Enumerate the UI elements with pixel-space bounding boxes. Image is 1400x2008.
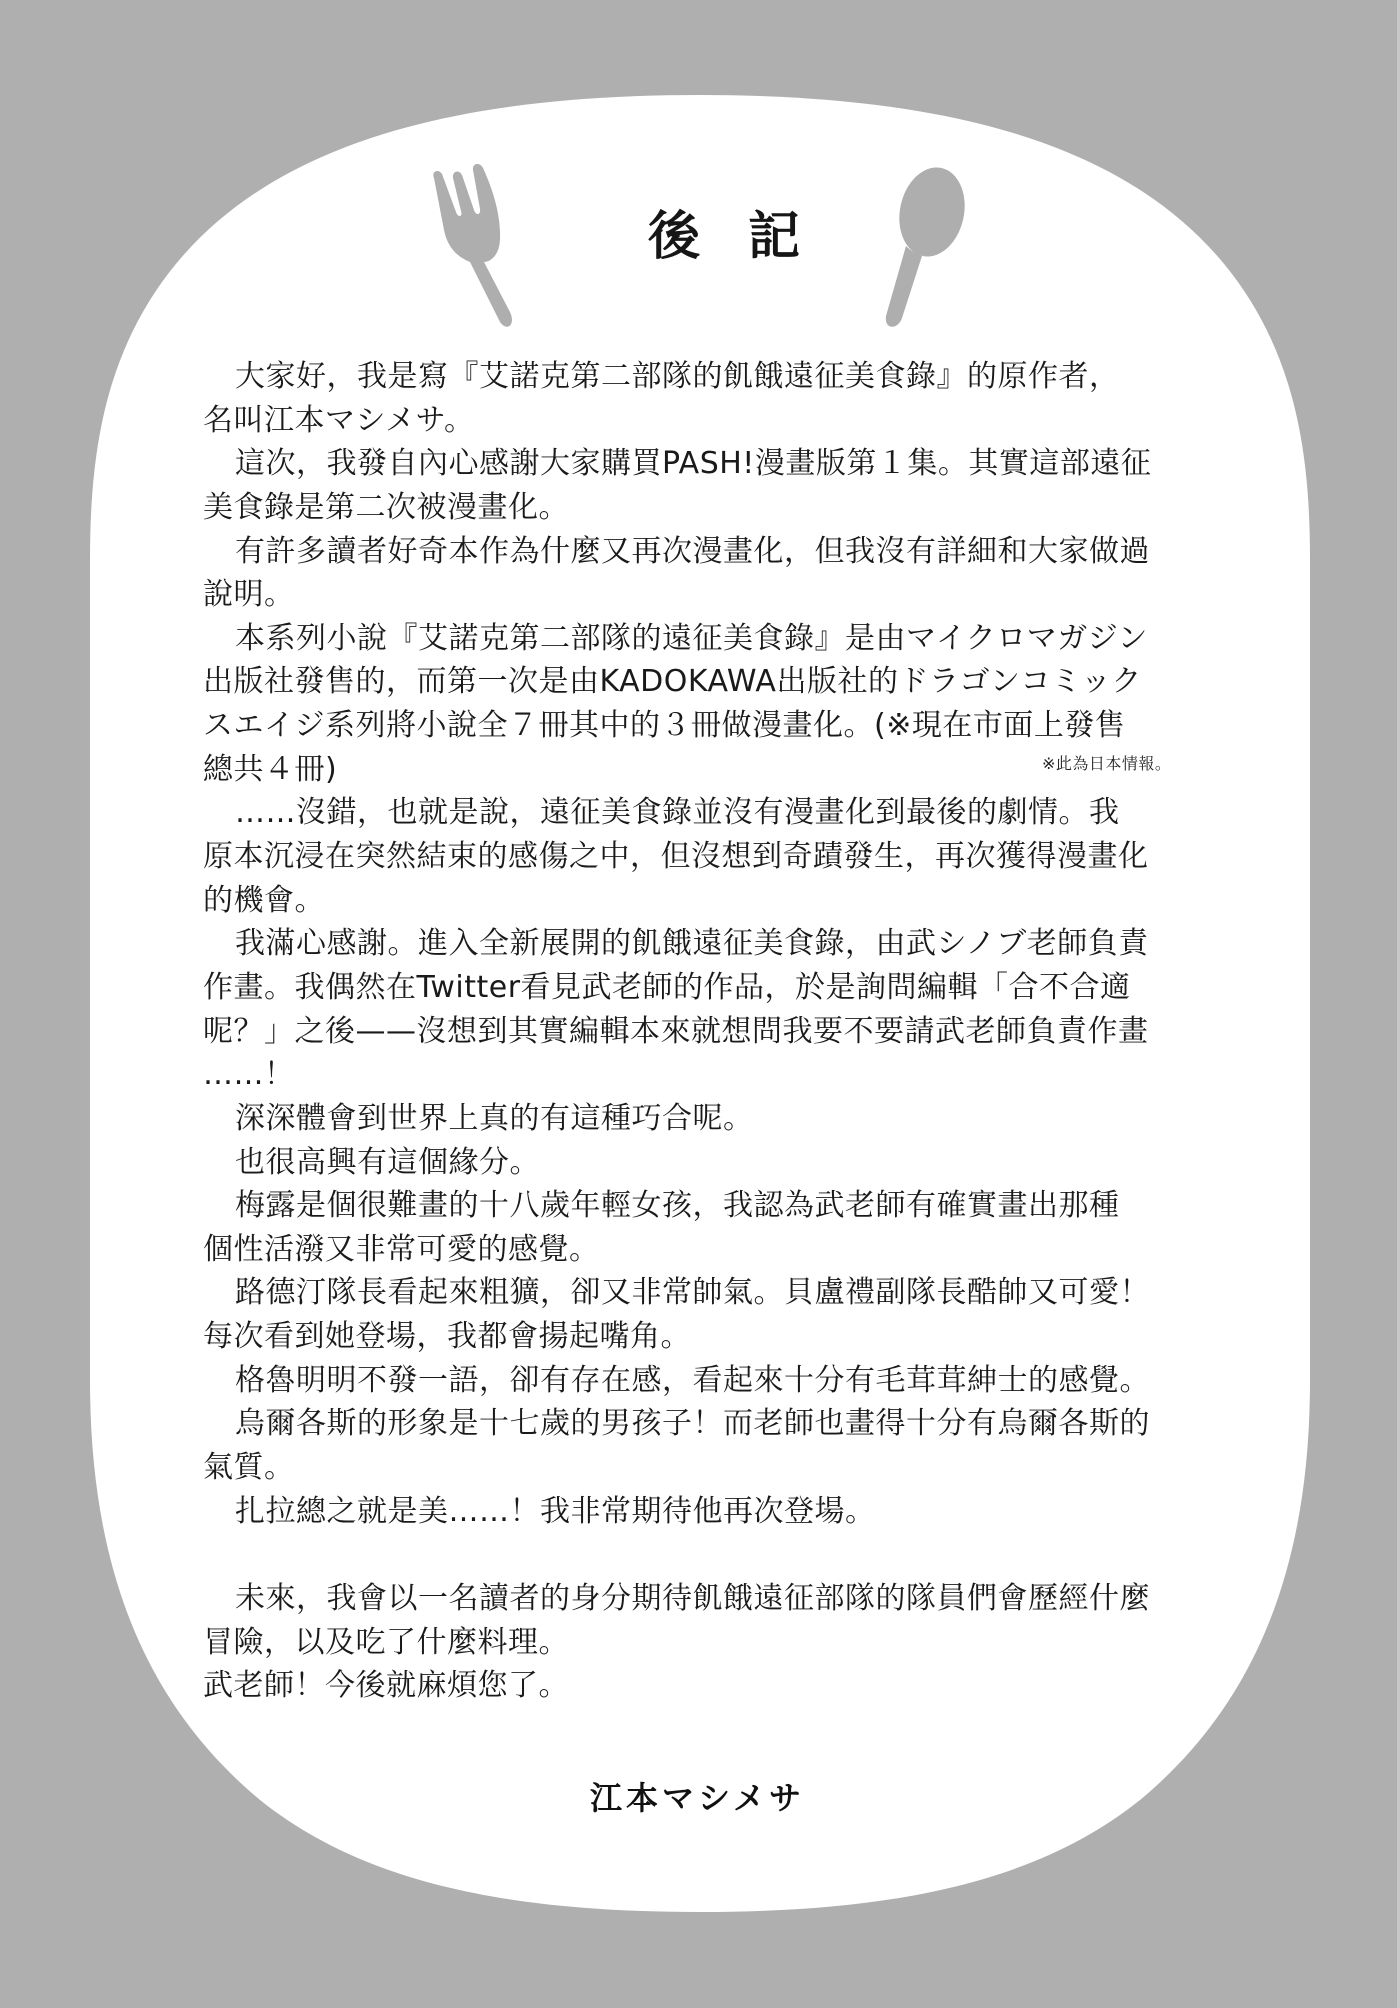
text-line: 格魯明明不發一語，卻有存在感，看起來十分有毛茸茸紳士的感覺。 <box>203 1359 1203 1403</box>
text-line: 梅露是個很難畫的十八歲年輕女孩，我認為武老師有確實畫出那種 <box>203 1184 1203 1228</box>
text-line-with-note: 總共４冊) ※此為日本情報。 <box>203 748 1203 792</box>
text-line: 氣質。 <box>203 1446 1203 1490</box>
text-line: 也很高興有這個緣分。 <box>203 1141 1203 1185</box>
page-title: 後記 <box>600 204 800 270</box>
footnote: ※此為日本情報。 <box>1042 754 1171 774</box>
text-line: 出版社發售的，而第一次是由KADOKAWA出版社的ドラゴンコミック <box>203 660 1203 704</box>
text-line: ……！ <box>203 1053 1203 1097</box>
text-line: 我滿心感謝。進入全新展開的飢餓遠征美食錄，由武シノブ老師負責 <box>203 922 1203 966</box>
text-line: ……沒錯，也就是說，遠征美食錄並沒有漫畫化到最後的劇情。我 <box>203 791 1203 835</box>
text-line: 每次看到她登場，我都會揚起嘴角。 <box>203 1315 1203 1359</box>
text-line: 烏爾各斯的形象是十七歲的男孩子！而老師也畫得十分有烏爾各斯的 <box>203 1402 1203 1446</box>
text-line: 大家好，我是寫『艾諾克第二部隊的飢餓遠征美食錄』的原作者， <box>203 355 1203 399</box>
afterword-body: 大家好，我是寫『艾諾克第二部隊的飢餓遠征美食錄』的原作者， 名叫江本マシメサ。 … <box>203 355 1203 1708</box>
text-line: 深深體會到世界上真的有這種巧合呢。 <box>203 1097 1203 1141</box>
text-line: 名叫江本マシメサ。 <box>203 399 1203 443</box>
author-signature: 江本マシメサ <box>590 1776 814 1820</box>
text-line: スエイジ系列將小說全７冊其中的３冊做漫畫化。(※現在市面上發售 <box>203 704 1203 748</box>
text-line: 扎拉總之就是美……！我非常期待他再次登場。 <box>203 1490 1203 1534</box>
text-line: 的機會。 <box>203 879 1203 923</box>
blank-line <box>203 1533 1203 1577</box>
text-line: 本系列小說『艾諾克第二部隊的遠征美食錄』是由マイクロマガジン <box>203 617 1203 661</box>
text-line: 有許多讀者好奇本作為什麼又再次漫畫化，但我沒有詳細和大家做過 <box>203 530 1203 574</box>
afterword-page: { "page": { "background_color": "#afafaf… <box>0 0 1400 2008</box>
text-line: 原本沉浸在突然結束的感傷之中，但沒想到奇蹟發生，再次獲得漫畫化 <box>203 835 1203 879</box>
text-line: 呢？」之後——沒想到其實編輯本來就想問我要不要請武老師負責作畫 <box>203 1010 1203 1054</box>
text-line: 未來，我會以一名讀者的身分期待飢餓遠征部隊的隊員們會歷經什麼 <box>203 1577 1203 1621</box>
text-line: 個性活潑又非常可愛的感覺。 <box>203 1228 1203 1272</box>
text-line: 冒險，以及吃了什麼料理。 <box>203 1621 1203 1665</box>
text-line: 武老師！今後就麻煩您了。 <box>203 1664 1203 1708</box>
text-line: 作畫。我偶然在Twitter看見武老師的作品，於是詢問編輯「合不合適 <box>203 966 1203 1010</box>
text-line: 這次，我發自內心感謝大家購買PASH!漫畫版第１集。其實這部遠征 <box>203 442 1203 486</box>
text-line: 美食錄是第二次被漫畫化。 <box>203 486 1203 530</box>
text-line: 說明。 <box>203 573 1203 617</box>
text-line-content: 總共４冊) <box>203 752 337 787</box>
text-line: 路德汀隊長看起來粗獷，卻又非常帥氣。貝盧禮副隊長酷帥又可愛！ <box>203 1271 1203 1315</box>
